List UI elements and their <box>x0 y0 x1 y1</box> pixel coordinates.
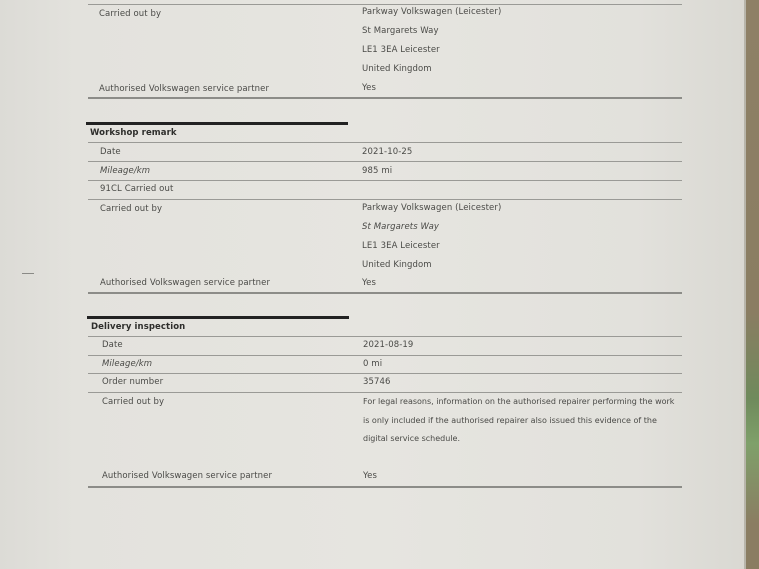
row-divider <box>88 336 682 337</box>
row-divider <box>88 199 682 200</box>
carried-out-by-line-2: St Margarets Way <box>362 26 439 36</box>
authorised-partner-value: Yes <box>363 471 377 481</box>
carried-out-by-label: Carried out by <box>102 397 164 407</box>
date-label: Date <box>100 147 121 157</box>
carried-out-by-line-3: LE1 3EA Leicester <box>362 241 440 251</box>
section-heading-bar <box>86 122 348 125</box>
authorised-partner-value: Yes <box>362 83 376 93</box>
carried-out-by-line-4: United Kingdom <box>362 64 432 74</box>
row-divider <box>88 142 682 143</box>
carried-out-by-line-4: United Kingdom <box>362 260 432 270</box>
authorised-partner-value: Yes <box>362 278 376 288</box>
authorised-partner-label: Authorised Volkswagen service partner <box>102 471 272 481</box>
carried-out-by-line-2: St Margarets Way <box>362 222 439 232</box>
date-value: 2021-08-19 <box>363 340 413 350</box>
section-end-divider <box>88 486 682 488</box>
authorised-partner-label: Authorised Volkswagen service partner <box>99 84 269 94</box>
order-number-label: Order number <box>102 377 163 387</box>
mileage-value: 0 mi <box>363 359 382 369</box>
mileage-label: Mileage/km <box>100 166 150 176</box>
carried-out-by-label: Carried out by <box>99 9 161 19</box>
row-divider <box>88 373 682 374</box>
row-divider <box>88 4 682 5</box>
legal-disclaimer-text: For legal reasons, information on the au… <box>363 393 683 449</box>
carried-out-by-line-1: Parkway Volkswagen (Leicester) <box>362 7 501 17</box>
row-divider <box>88 180 682 181</box>
row-divider <box>88 355 682 356</box>
carried-out-by-line-1: Parkway Volkswagen (Leicester) <box>362 203 501 213</box>
mileage-label: Mileage/km <box>102 359 152 369</box>
document-page: Carried out by Parkway Volkswagen (Leice… <box>0 0 748 569</box>
workshop-remark-heading: Workshop remark <box>90 128 177 138</box>
row-divider <box>88 161 682 162</box>
section-end-divider <box>88 292 682 294</box>
carried-out-by-line-3: LE1 3EA Leicester <box>362 45 440 55</box>
section-end-divider <box>88 97 682 99</box>
background-surface <box>746 0 759 569</box>
order-number-value: 35746 <box>363 377 391 387</box>
service-code-label: 91CL Carried out <box>100 184 173 194</box>
carried-out-by-label: Carried out by <box>100 204 162 214</box>
margin-mark <box>22 273 34 274</box>
date-label: Date <box>102 340 123 350</box>
authorised-partner-label: Authorised Volkswagen service partner <box>100 278 270 288</box>
section-heading-bar <box>87 316 349 319</box>
delivery-inspection-heading: Delivery inspection <box>91 322 185 332</box>
date-value: 2021-10-25 <box>362 147 412 157</box>
mileage-value: 985 mi <box>362 166 392 176</box>
